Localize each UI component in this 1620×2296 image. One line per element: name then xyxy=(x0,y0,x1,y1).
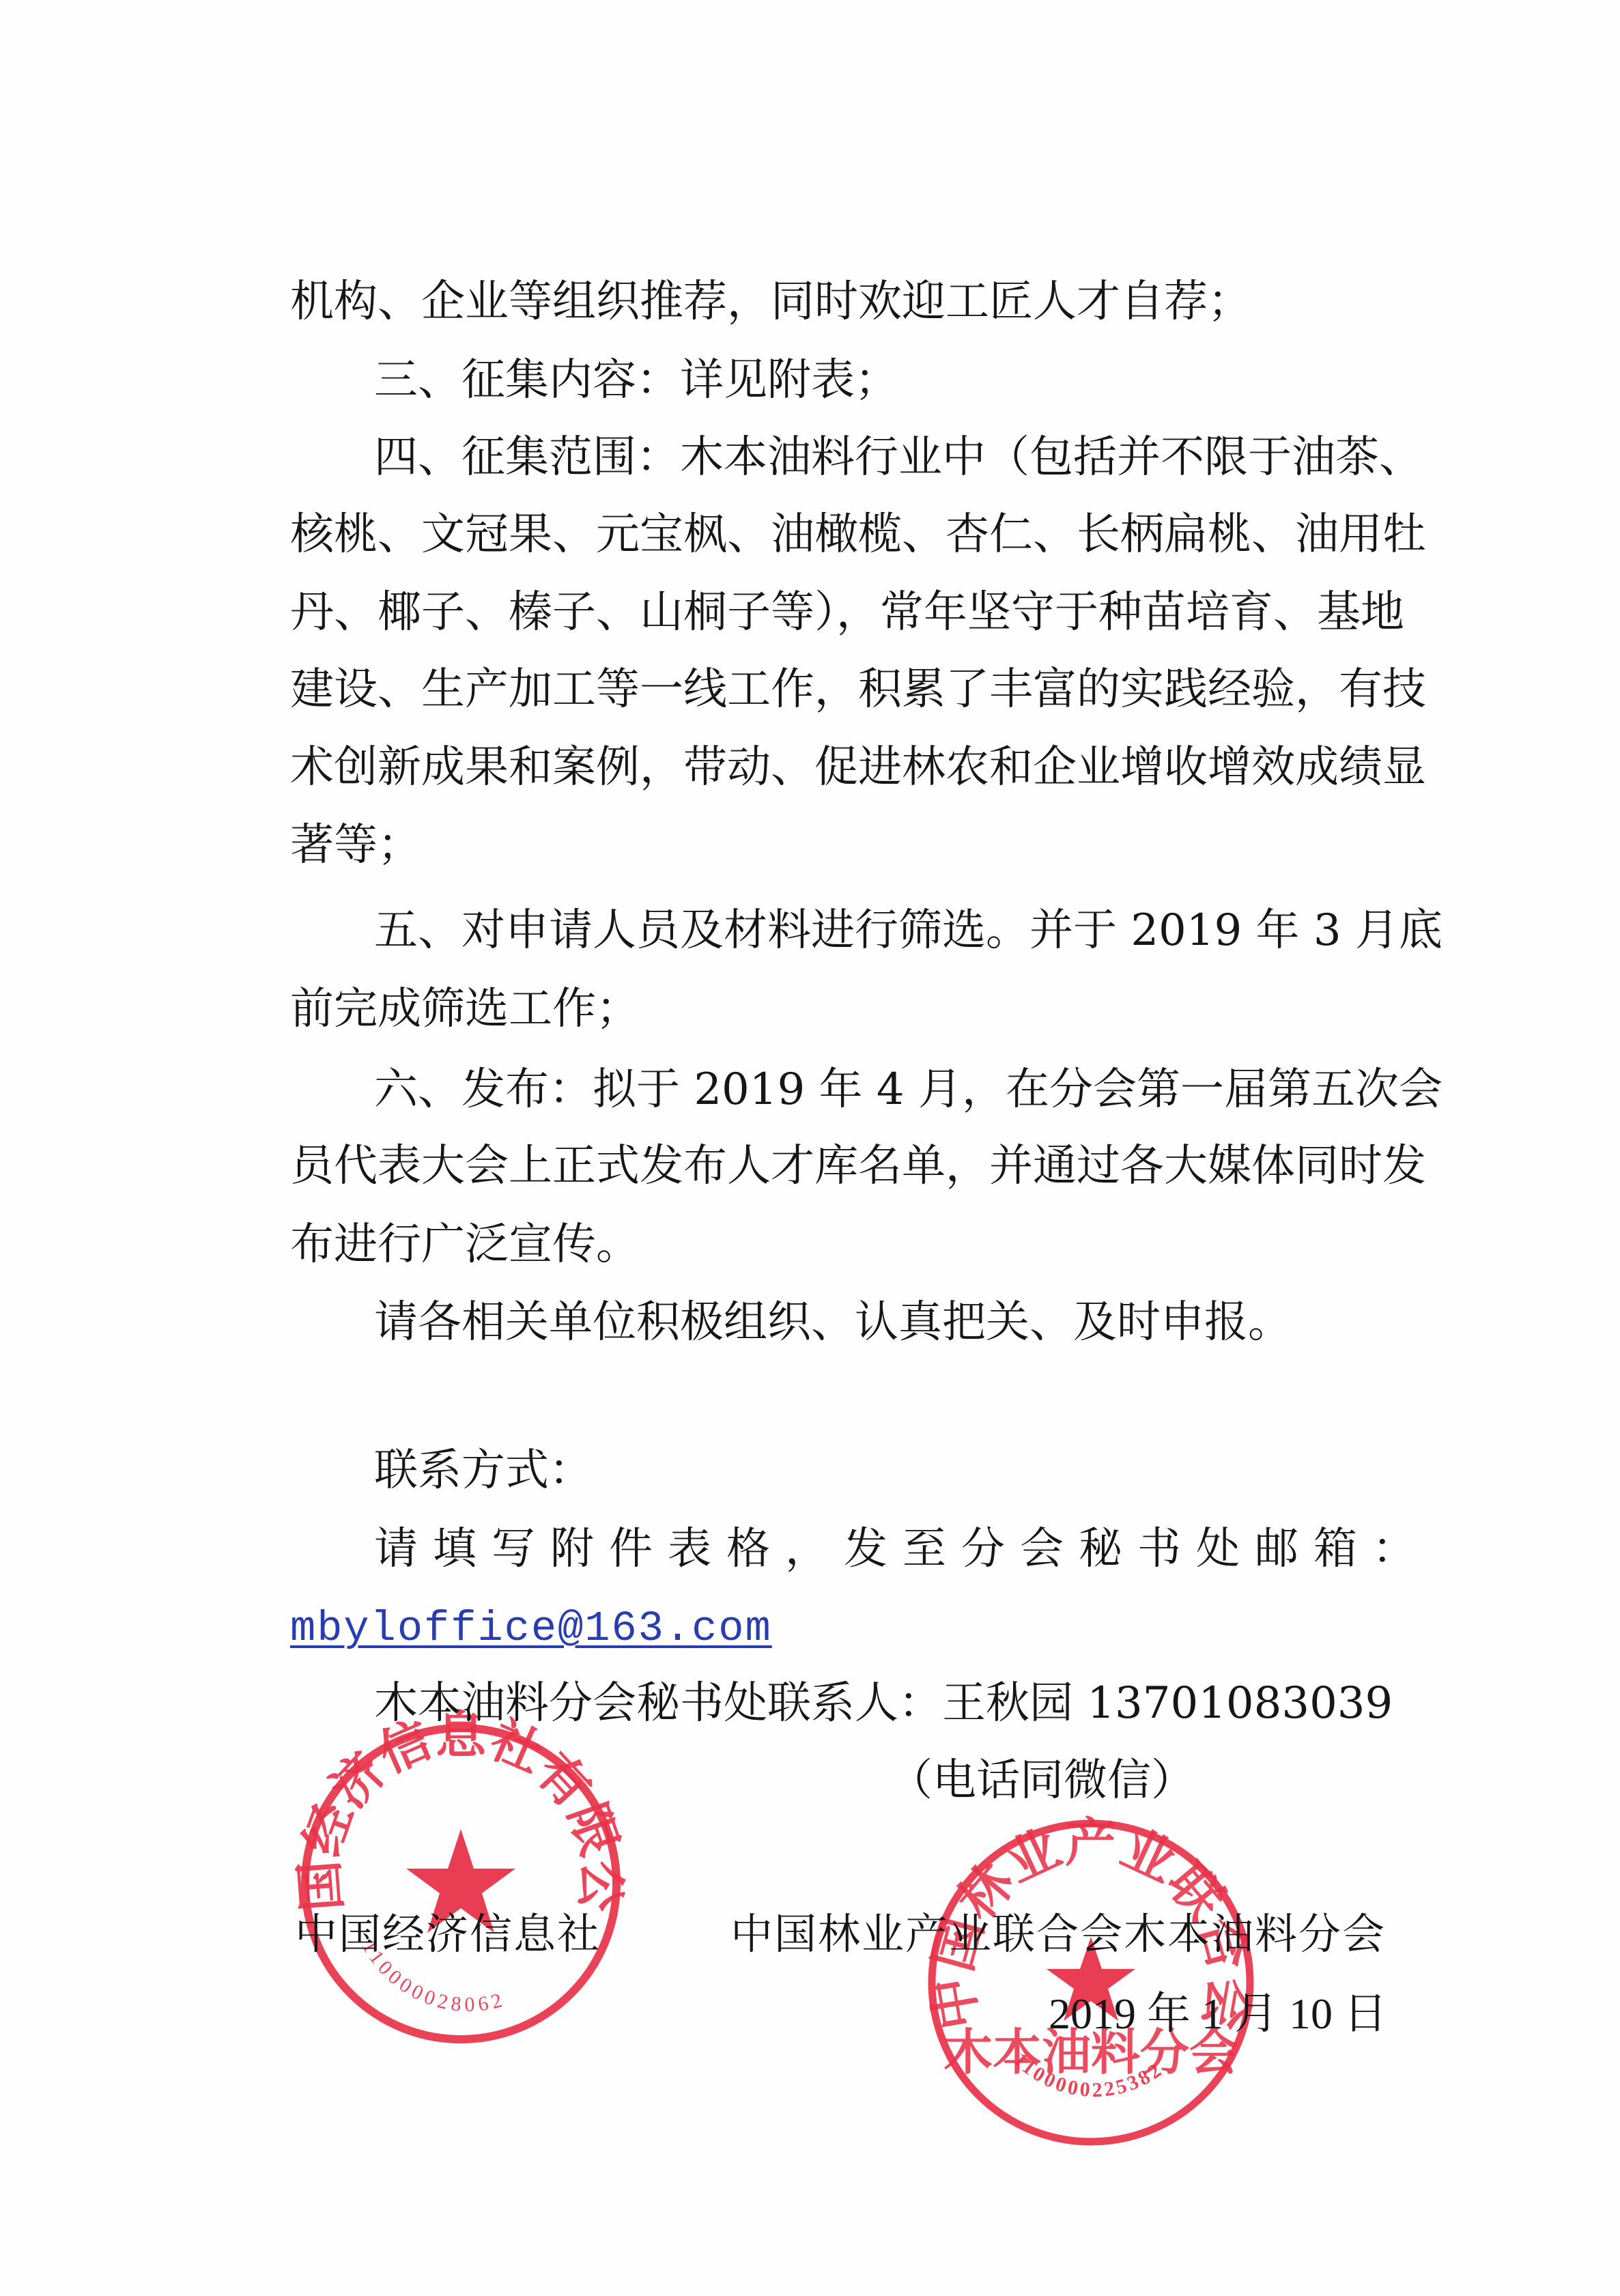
body-line-1: 机构、企业等组织推荐，同时欢迎工匠人才自荐； xyxy=(290,271,1251,332)
contact-heading: 联系方式： xyxy=(374,1440,593,1501)
document-page: 机构、企业等组织推荐，同时欢迎工匠人才自荐； 三、征集内容：详见附表； 四、征集… xyxy=(0,0,1620,2296)
section-6-publication: 六、发布：拟于 2019 年 4 月，在分会第一届第五次会 xyxy=(374,1059,1367,1120)
body-line-7: 术创新成果和案例，带动、促进林农和企业增收增效成绩显 xyxy=(290,737,1367,798)
svg-text:1100000280622: 1100000280622 xyxy=(290,1702,509,2016)
signature-date: 2019 年 1 月 10 日 xyxy=(1049,1983,1356,2045)
right-seal: 中国林业产业联合会 木本油料分会 1100000225382 xyxy=(924,1815,1258,2150)
contact-instruction: 请填写附件表格，发至分会秘书处邮箱： xyxy=(374,1518,1367,1580)
right-signature-org: 中国林业产业联合会木本油料分会 xyxy=(730,1903,1348,1965)
email-link-wrap: mbyloffice@163.com xyxy=(290,1595,772,1656)
body-line-6: 建设、生产加工等一线工作，积累了丰富的实践经验，有技 xyxy=(290,659,1367,720)
contact-person: 木本油料分会秘书处联系人：王秋园 13701083039 xyxy=(374,1673,1393,1734)
section-5-screening: 五、对申请人员及材料进行筛选。并于 2019 年 3 月底 xyxy=(374,900,1367,961)
body-line-8: 著等； xyxy=(290,814,421,876)
body-line-12: 员代表大会上正式发布人才库名单，并通过各大媒体同时发 xyxy=(290,1135,1367,1197)
body-line-13: 布进行广泛宣传。 xyxy=(290,1214,640,1275)
left-seal-serial: 1100000280622 xyxy=(290,1702,509,2016)
body-line-5: 丹、椰子、榛子、山桐子等），常年坚守于种苗培育、基地 xyxy=(290,582,1367,643)
section-4-collection-scope: 四、征集范围：木本油料行业中（包括并不限于油茶、 xyxy=(374,427,1367,488)
left-seal-graphic: 中国经济信息社有限公司 1100000280622 xyxy=(297,1720,625,2047)
body-line-4: 核桃、文冠果、元宝枫、油橄榄、杏仁、长柄扁桃、油用牡 xyxy=(290,504,1367,565)
left-signature-org: 中国经济信息社 xyxy=(295,1903,601,1965)
left-seal: 中国经济信息社有限公司 1100000280622 xyxy=(297,1720,625,2047)
closing-request: 请各相关单位积极组织、认真把关、及时申报。 xyxy=(374,1292,1292,1353)
svg-text:1100000225382: 1100000225382 xyxy=(1009,2048,1167,2101)
section-3-collection-content: 三、征集内容：详见附表； xyxy=(374,350,898,411)
right-seal-serial: 1100000225382 xyxy=(1009,2048,1167,2101)
body-line-10: 前完成筛选工作； xyxy=(290,978,640,1040)
right-seal-graphic: 中国林业产业联合会 木本油料分会 1100000225382 xyxy=(924,1815,1258,2150)
phone-note: （电话同微信） xyxy=(889,1750,1195,1811)
email-link[interactable]: mbyloffice@163.com xyxy=(290,1604,772,1653)
